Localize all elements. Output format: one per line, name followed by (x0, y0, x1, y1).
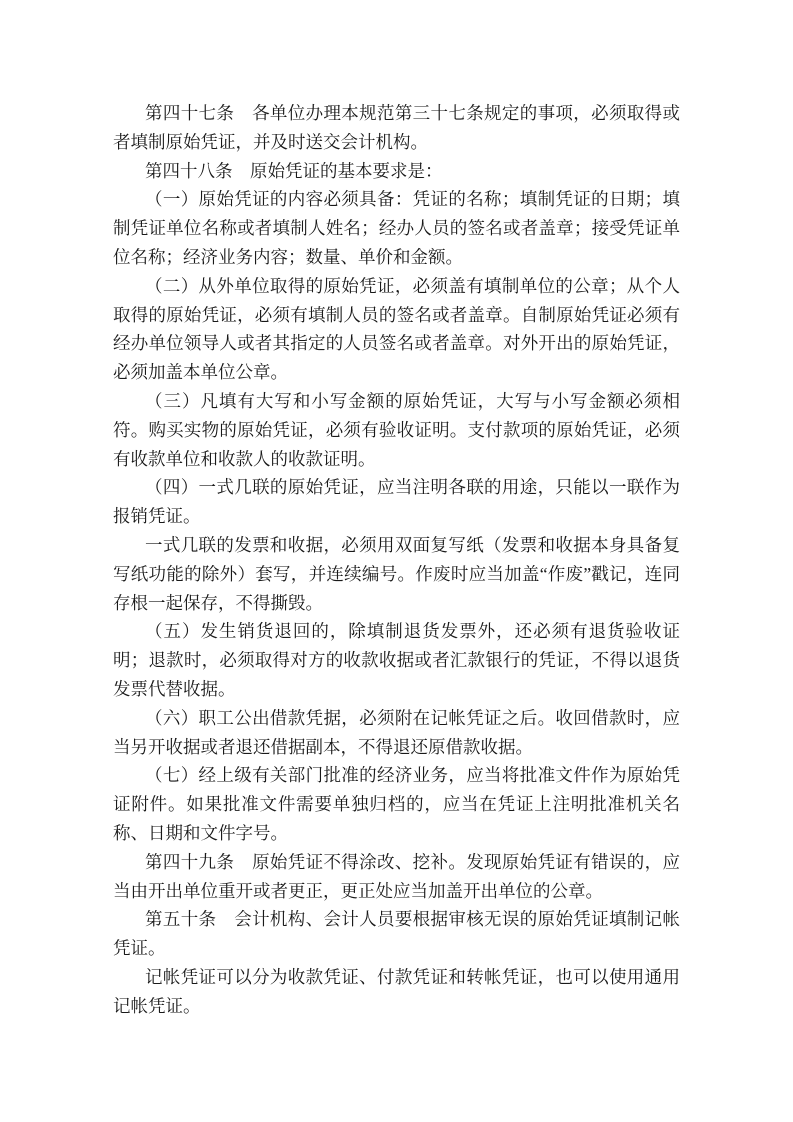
paragraph-item-1: （一）原始凭证的内容必须具备：凭证的名称；填制凭证的日期；填制凭证单位名称或者填… (113, 185, 680, 271)
paragraph-item-4: （四）一式几联的原始凭证，应当注明各联的用途，只能以一联作为报销凭证。 (113, 473, 680, 531)
paragraph-article-49: 第四十九条 原始凭证不得涂改、挖补。发现原始凭证有错误的，应当由开出单位重开或者… (113, 848, 680, 906)
paragraph-item-4-supplement: 一式几联的发票和收据，必须用双面复写纸（发票和收据本身具备复写纸功能的除外）套写… (113, 531, 680, 617)
paragraph-article-48: 第四十八条 原始凭证的基本要求是： (113, 157, 680, 186)
paragraph-item-5: （五）发生销货退回的，除填制退货发票外，还必须有退货验收证明；退款时，必须取得对… (113, 617, 680, 703)
paragraph-article-50: 第五十条 会计机构、会计人员要根据审核无误的原始凭证填制记帐凭证。 (113, 905, 680, 963)
paragraph-item-7: （七）经上级有关部门批准的经济业务，应当将批准文件作为原始凭证附件。如果批准文件… (113, 761, 680, 847)
document-body: 第四十七条 各单位办理本规范第三十七条规定的事项，必须取得或者填制原始凭证，并及… (113, 99, 680, 1021)
paragraph-item-6: （六）职工公出借款凭据，必须附在记帐凭证之后。收回借款时，应当另开收据或者退还借… (113, 704, 680, 762)
paragraph-voucher-types: 记帐凭证可以分为收款凭证、付款凭证和转帐凭证，也可以使用通用记帐凭证。 (113, 963, 680, 1021)
paragraph-item-3: （三）凡填有大写和小写金额的原始凭证，大写与小写金额必须相符。购买实物的原始凭证… (113, 387, 680, 473)
paragraph-item-2: （二）从外单位取得的原始凭证，必须盖有填制单位的公章；从个人取得的原始凭证，必须… (113, 272, 680, 387)
paragraph-article-47: 第四十七条 各单位办理本规范第三十七条规定的事项，必须取得或者填制原始凭证，并及… (113, 99, 680, 157)
document-page: 第四十七条 各单位办理本规范第三十七条规定的事项，必须取得或者填制原始凭证，并及… (0, 0, 793, 1122)
